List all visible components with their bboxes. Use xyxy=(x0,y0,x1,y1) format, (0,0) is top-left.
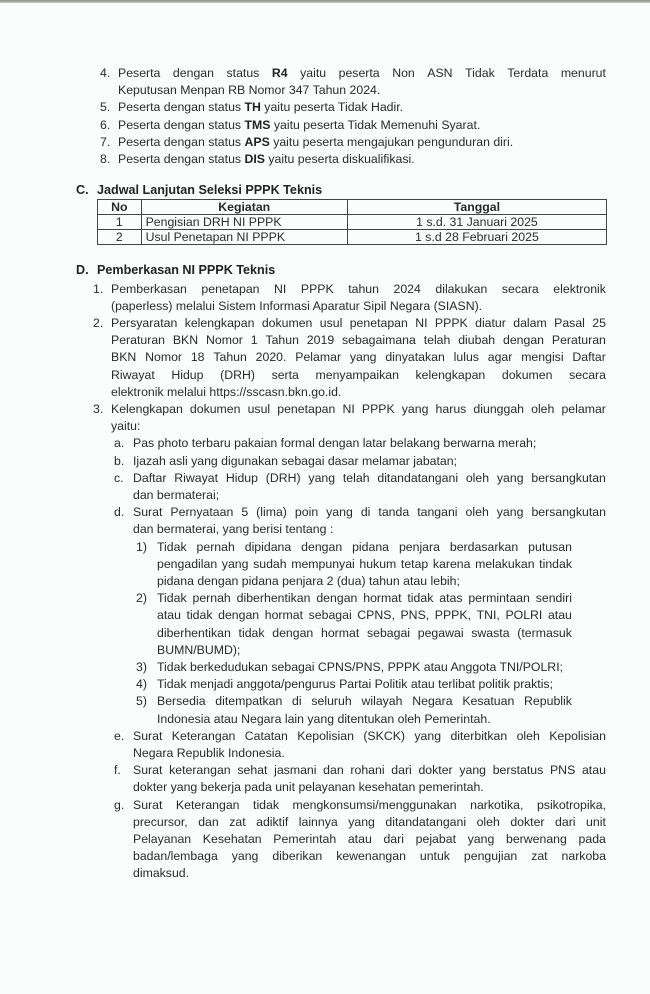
document-item-line: precursor,danzatadiktiflainnyayangditand… xyxy=(133,814,606,831)
document-item-number: g. xyxy=(114,797,124,814)
document-item-line: SuratPernyataan5(lima)poinyangditandatan… xyxy=(133,504,606,521)
document-item-number: d. xyxy=(114,504,124,521)
table-cell: 2 xyxy=(98,230,142,245)
document-item-line: badan/lembagayangdiberikankewenanganuntu… xyxy=(133,848,606,865)
statement-item-line: Indonesia atau Negara lain yang ditentuk… xyxy=(157,711,572,728)
statement-item-line: pengadilanyangsudahmempunyaihukumtetapka… xyxy=(157,556,572,573)
status-item-number: 7. xyxy=(100,134,110,151)
status-item-number: 8. xyxy=(100,151,110,168)
document-item-line: Suratketerangansehatjasmanidanrohanidari… xyxy=(133,762,606,779)
statement-item-line: pidana dengan pidana penjara 2 (dua) tah… xyxy=(157,573,572,590)
statement-item-line: diberhentikantidakdenganhormatsebagaipeg… xyxy=(157,625,572,642)
statement-item-line: Tidakpernahdipidanadenganpidanapenjarabe… xyxy=(157,539,572,556)
table-header: Kegiatan xyxy=(141,200,347,215)
requirement-item-line: BKNNomor18Tahun2020.Pelamaryangdinyataka… xyxy=(111,349,606,366)
table-cell: 1 s.d. 31 Januari 2025 xyxy=(347,215,606,230)
requirement-item-line: KelengkapandokumenusulpenetapanNIPPPKyan… xyxy=(111,401,606,418)
document-item-line: Ijazah asli yang digunakan sebagai dasar… xyxy=(133,453,606,470)
section-c-title: Jadwal Lanjutan Seleksi PPPK Teknis xyxy=(97,183,322,197)
document-item-number: a. xyxy=(114,435,124,452)
statement-item-number: 4) xyxy=(136,676,147,693)
table-cell: 1 s.d 28 Februari 2025 xyxy=(347,230,606,245)
status-item: PesertadenganstatusR4yaitupesertaNonASNT… xyxy=(118,65,606,82)
document-item-line: DaftarRiwayatHidup(DRH)yangtelahditandat… xyxy=(133,470,606,487)
document-item-number: f. xyxy=(114,762,121,779)
requirement-item-line: PemberkasanpenetapanNIPPPKtahun2024dilak… xyxy=(111,281,606,298)
table-cell: 1 xyxy=(98,215,142,230)
status-item-continued: Keputusan Menpan RB Nomor 347 Tahun 2024… xyxy=(118,82,380,99)
document-item-line: SuratKeteranganCatatanKepolisian(SKCK)ya… xyxy=(133,728,606,745)
schedule-table: NoKegiatanTanggal1Pengisian DRH NI PPPK1… xyxy=(97,199,607,245)
requirement-item-line: PeraturanBKNNomor1Tahun2019sebagaimanate… xyxy=(111,332,606,349)
statement-item-number: 2) xyxy=(136,590,147,607)
requirement-item-line: elektronik melalui https://sscasn.bkn.go… xyxy=(111,384,606,401)
table-cell: Pengisian DRH NI PPPK xyxy=(141,215,347,230)
table-header: Tanggal xyxy=(347,200,606,215)
table-header: No xyxy=(98,200,142,215)
status-item: Peserta dengan status TH yaitu peserta T… xyxy=(118,99,588,116)
statement-item-line: Tidakpernahdiberhentikandenganhormattida… xyxy=(157,590,572,607)
document-item-line: Negara Republik Indonesia. xyxy=(133,745,606,762)
document-item-number: b. xyxy=(114,453,124,470)
section-c-letter: C. xyxy=(76,183,89,197)
document-item-line: dimaksud. xyxy=(133,865,606,882)
document-item-line: dan bermaterai; xyxy=(133,487,606,504)
table-cell: Usul Penetapan NI PPPK xyxy=(141,230,347,245)
scan-top-edge xyxy=(0,0,650,3)
statement-item-line: BersediaditempatkandiseluruhwilayahNegar… xyxy=(157,693,572,710)
statement-item-number: 3) xyxy=(136,659,147,676)
requirement-item-number: 1. xyxy=(93,281,103,298)
document-item-number: e. xyxy=(114,728,124,745)
document-item-line: SuratKeterangantidakmengkonsumsi/menggun… xyxy=(133,797,606,814)
requirement-item-number: 3. xyxy=(93,401,103,418)
requirement-item-number: 2. xyxy=(93,315,103,332)
statement-item-line: Tidak berkedudukan sebagai CPNS/PNS, PPP… xyxy=(157,659,572,676)
document-item-line: Pas photo terbaru pakaian formal dengan … xyxy=(133,435,606,452)
status-item-number: 6. xyxy=(100,117,110,134)
statement-item-number: 1) xyxy=(136,539,147,556)
document-item-line: PelayananKesehatanPemerintahataudaripeja… xyxy=(133,831,606,848)
statement-item-line: Tidak menjadi anggota/pengurus Partai Po… xyxy=(157,676,572,693)
statement-item-line: atautidakdenganhormatsebagaiCPNS,PNS,PPP… xyxy=(157,607,572,624)
section-d-title: Pemberkasan NI PPPK Teknis xyxy=(97,263,275,277)
document-item-number: c. xyxy=(114,470,124,487)
document-item-line: dan bermaterai, yang berisi tentang : xyxy=(133,521,606,538)
requirement-item-line: (paperless) melalui Sistem Informasi Apa… xyxy=(111,298,606,315)
requirement-item-line: RiwayatHidup(DRH)sertamenyampaikankeleng… xyxy=(111,367,606,384)
status-item-number: 5. xyxy=(100,99,110,116)
status-item-number: 4. xyxy=(100,65,110,82)
status-item: Peserta dengan status DIS yaitu peserta … xyxy=(118,151,588,168)
status-item: Peserta dengan status TMS yaitu peserta … xyxy=(118,117,588,134)
table-row: 1Pengisian DRH NI PPPK1 s.d. 31 Januari … xyxy=(98,215,607,230)
statement-item-line: BUMN/BUMD); xyxy=(157,642,572,659)
status-item: Peserta dengan status APS yaitu peserta … xyxy=(118,134,588,151)
statement-item-number: 5) xyxy=(136,693,147,710)
document-item-line: dokter yang bekerja pada unit pelayanan … xyxy=(133,779,606,796)
table-row: 2Usul Penetapan NI PPPK1 s.d 28 Februari… xyxy=(98,230,607,245)
requirement-item-line: Persyaratankelengkapandokumenusulpenetap… xyxy=(111,315,606,332)
section-d-letter: D. xyxy=(76,263,89,277)
requirement-item-line: yaitu: xyxy=(111,418,606,435)
